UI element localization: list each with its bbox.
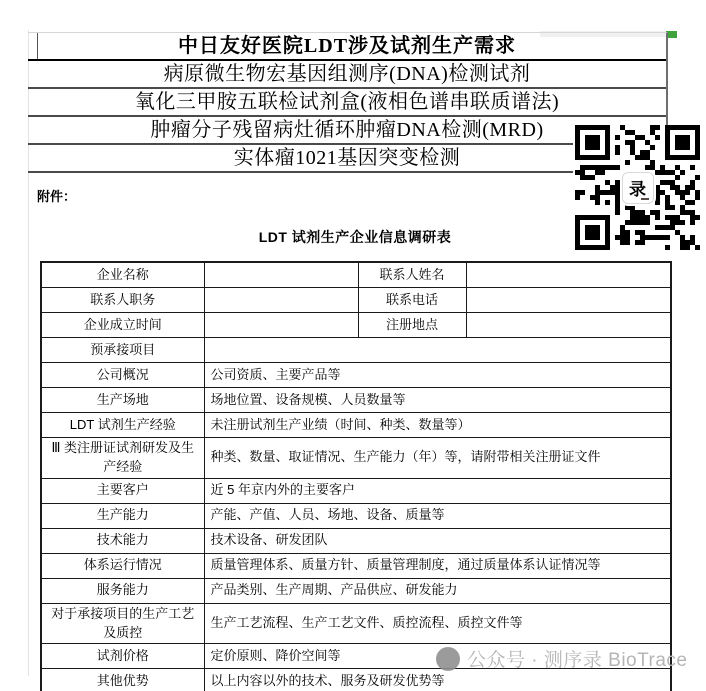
- contact-row: 企业成立时间注册地点: [41, 313, 671, 338]
- detail-label: 预承接项目: [41, 338, 204, 363]
- product-requirement-rows: 病原微生物宏基因组测序(DNA)检测试剂氧化三甲胺五联检试剂盒(液相色谱串联质谱…: [28, 61, 666, 173]
- product-requirement-row: 氧化三甲胺五联检试剂盒(液相色谱串联质谱法): [28, 89, 666, 117]
- watermark: 公众号 · 测序录 BioTrace: [436, 645, 688, 672]
- detail-row: 对于承接项目的生产工艺及质控生产工艺流程、生产工艺文件、质控流程、质控文件等: [41, 603, 671, 644]
- detail-label: 生产能力: [41, 503, 204, 528]
- product-requirement-row: 病原微生物宏基因组测序(DNA)检测试剂: [28, 61, 666, 89]
- detail-row: 生产场地场地位置、设备规模、人员数量等: [41, 388, 671, 413]
- detail-content: 技术设备、研发团队: [204, 528, 671, 553]
- detail-label: 其他优势: [41, 669, 204, 691]
- detail-row: 主要客户近 5 年京内外的主要客户: [41, 478, 671, 503]
- detail-row: LDT 试剂生产经验未注册试剂生产业绩（时间、种类、数量等）: [41, 413, 671, 438]
- wechat-account-logo-icon: [436, 647, 460, 671]
- survey-heading: LDT 试剂生产企业信息调研表: [40, 227, 670, 247]
- detail-content: 未注册试剂生产业绩（时间、种类、数量等）: [204, 413, 671, 438]
- detail-content: 生产工艺流程、生产工艺文件、质控流程、质控文件等: [204, 603, 671, 644]
- detail-label: 试剂价格: [41, 644, 204, 669]
- attachment-label: 附件：: [37, 186, 76, 205]
- detail-content: 产品类别、生产周期、产品供应、研发能力: [204, 578, 671, 603]
- product-requirement-row: 实体瘤1021基因突变检测: [28, 145, 666, 173]
- detail-content: 质量管理体系、质量方针、质量管理制度，通过质量体系认证情况等: [204, 553, 671, 578]
- product-requirement-row: 肿瘤分子残留病灶循环肿瘤DNA检测(MRD): [28, 117, 666, 145]
- detail-label: 公司概况: [41, 363, 204, 388]
- detail-row: 体系运行情况质量管理体系、质量方针、质量管理制度，通过质量体系认证情况等: [41, 553, 671, 578]
- detail-label: Ⅲ 类注册证试剂研发及生产经验: [41, 438, 204, 479]
- detail-row: 预承接项目: [41, 338, 671, 363]
- detail-row: 其他优势以上内容以外的技术、服务及研发优势等: [41, 669, 671, 691]
- contact-row: 企业名称联系人姓名: [41, 262, 671, 288]
- field-value: [204, 288, 358, 313]
- qr-center-logo: 录: [622, 172, 654, 204]
- detail-row: 公司概况公司资质、主要产品等: [41, 363, 671, 388]
- watermark-text: 公众号 · 测序录 BioTrace: [467, 645, 688, 672]
- detail-label: 技术能力: [41, 528, 204, 553]
- detail-row: 技术能力技术设备、研发团队: [41, 528, 671, 553]
- contact-row: 联系人职务联系电话: [41, 288, 671, 313]
- requirements-block: 中日友好医院LDT涉及试剂生产需求 病原微生物宏基因组测序(DNA)检测试剂氧化…: [28, 32, 668, 173]
- detail-row: Ⅲ 类注册证试剂研发及生产经验种类、数量、取证情况、生产能力（年）等，请附带相关…: [41, 438, 671, 479]
- field-value: [204, 313, 358, 338]
- detail-row: 服务能力产品类别、生产周期、产品供应、研发能力: [41, 578, 671, 603]
- detail-label: LDT 试剂生产经验: [41, 413, 204, 438]
- detail-content: 场地位置、设备规模、人员数量等: [204, 388, 671, 413]
- survey-table: 企业名称联系人姓名联系人职务联系电话企业成立时间注册地点预承接项目公司概况公司资…: [40, 261, 672, 691]
- detail-label: 服务能力: [41, 578, 204, 603]
- field-label: 联系电话: [358, 288, 466, 313]
- field-label: 企业名称: [41, 262, 204, 288]
- detail-content: 公司资质、主要产品等: [204, 363, 671, 388]
- detail-content: 以上内容以外的技术、服务及研发优势等: [204, 669, 671, 691]
- detail-label: 体系运行情况: [41, 553, 204, 578]
- field-value: [466, 262, 671, 288]
- detail-content: [204, 338, 671, 363]
- document-title: 中日友好医院LDT涉及试剂生产需求: [28, 33, 666, 61]
- field-value: [466, 313, 671, 338]
- detail-row: 生产能力产能、产值、人员、场地、设备、质量等: [41, 503, 671, 528]
- detail-label: 生产场地: [41, 388, 204, 413]
- field-value: [466, 288, 671, 313]
- detail-content: 产能、产值、人员、场地、设备、质量等: [204, 503, 671, 528]
- detail-label: 主要客户: [41, 478, 204, 503]
- field-value: [204, 262, 358, 288]
- field-label: 企业成立时间: [41, 313, 204, 338]
- field-label: 联系人职务: [41, 288, 204, 313]
- field-label: 注册地点: [358, 313, 466, 338]
- field-label: 联系人姓名: [358, 262, 466, 288]
- document-page: 中日友好医院LDT涉及试剂生产需求 病原微生物宏基因组测序(DNA)检测试剂氧化…: [0, 0, 706, 691]
- detail-content: 近 5 年京内外的主要客户: [204, 478, 671, 503]
- detail-content: 种类、数量、取证情况、生产能力（年）等，请附带相关注册证文件: [204, 438, 671, 479]
- detail-label: 对于承接项目的生产工艺及质控: [41, 603, 204, 644]
